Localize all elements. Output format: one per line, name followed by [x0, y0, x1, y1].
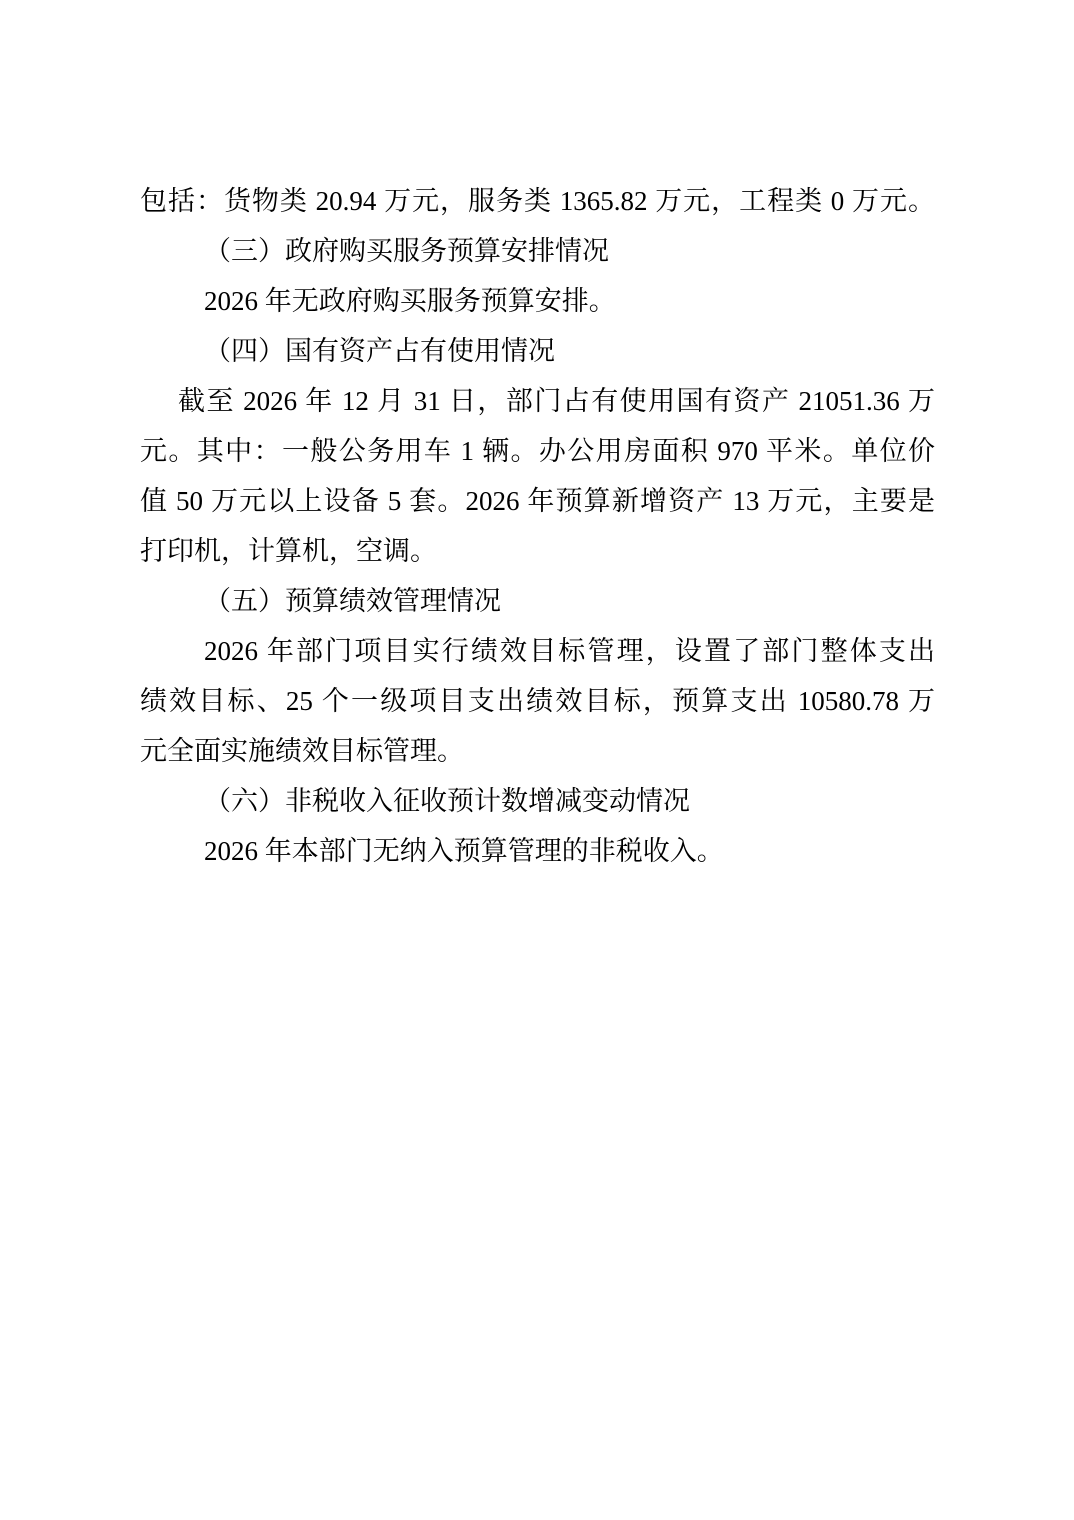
para-performance-line-1: 2026 年部门项目实行绩效目标管理，设置了部门整体支出 — [140, 626, 935, 676]
para-state-assets-line-1: 截至 2026 年 12 月 31 日，部门占有使用国有资产 21051.36 … — [140, 376, 935, 426]
para-procurement-categories-line: 包括：货物类 20.94 万元，服务类 1365.82 万元，工程类 0 万元。 — [140, 176, 935, 226]
heading-section-6: （六）非税收入征收预计数增减变动情况 — [140, 776, 935, 826]
heading-section-3: （三）政府购买服务预算安排情况 — [140, 226, 935, 276]
document-text-block: 包括：货物类 20.94 万元，服务类 1365.82 万元，工程类 0 万元。… — [140, 176, 935, 876]
heading-section-5: （五）预算绩效管理情况 — [140, 576, 935, 626]
para-state-assets-line-4: 打印机，计算机，空调。 — [140, 526, 935, 576]
para-nontax-revenue-line: 2026 年本部门无纳入预算管理的非税收入。 — [140, 826, 935, 876]
para-gov-purchase-services-line: 2026 年无政府购买服务预算安排。 — [140, 276, 935, 326]
para-performance-line-3: 元全面实施绩效目标管理。 — [140, 726, 935, 776]
para-state-assets-line-2: 元。其中：一般公务用车 1 辆。办公用房面积 970 平米。单位价 — [140, 426, 935, 476]
heading-section-4: （四）国有资产占有使用情况 — [140, 326, 935, 376]
para-performance-line-2: 绩效目标、25 个一级项目支出绩效目标，预算支出 10580.78 万 — [140, 676, 935, 726]
document-page: 包括：货物类 20.94 万元，服务类 1365.82 万元，工程类 0 万元。… — [0, 0, 1074, 1520]
para-state-assets-line-3: 值 50 万元以上设备 5 套。2026 年预算新增资产 13 万元，主要是 — [140, 476, 935, 526]
